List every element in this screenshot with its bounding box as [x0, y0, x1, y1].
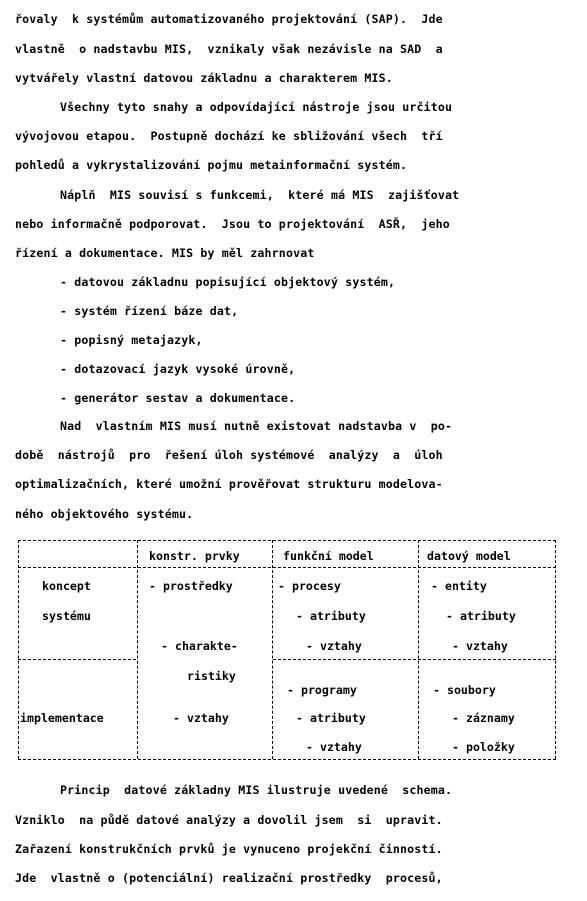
- text-line: Nad vlastním MIS musí nutně existovat na…: [60, 419, 452, 433]
- table-col-divider: [418, 540, 419, 759]
- text-line: Vzniklo na půdě datové analýzy a dovolil…: [15, 813, 443, 827]
- table-cell: - položky: [452, 740, 515, 754]
- table-border-left: [18, 540, 19, 759]
- text-line: vytvářely vlastní datovou základnu a cha…: [15, 71, 393, 85]
- table-cell: - vztahy: [306, 639, 362, 653]
- text-line: Princip datové základny MIS ilustruje uv…: [60, 783, 452, 797]
- table-border-bottom: [18, 759, 556, 760]
- text-line: vlastně o nadstavbu MIS, vznikaly však n…: [15, 42, 443, 56]
- table-border-right: [555, 540, 556, 759]
- table-cell: - prostředky: [149, 579, 233, 593]
- text-line: pohledů a vykrystalizování pojmu metainf…: [15, 158, 407, 172]
- table-cell: ristiky: [187, 669, 236, 683]
- table-cell: - atributy: [446, 609, 516, 623]
- document-page: řovaly k systémům automatizovaného proje…: [0, 0, 587, 901]
- list-item: - datovou základnu popisující objektový …: [60, 275, 395, 289]
- table-cell: - soubory: [433, 683, 496, 697]
- table-row-label: systému: [42, 609, 91, 623]
- table-header: konstr. prvky: [149, 549, 240, 563]
- table-col-divider: [272, 540, 273, 759]
- text-line: vývojovou etapou. Postupně dochází ke sb…: [15, 129, 443, 143]
- table-cell: - vztahy: [306, 740, 362, 754]
- table-header: datový model: [427, 549, 511, 563]
- table-header: funkční model: [283, 549, 374, 563]
- list-item: - generátor sestav a dokumentace.: [60, 391, 295, 405]
- table-row-label: implementace: [20, 711, 104, 725]
- table-cell: - entity: [431, 579, 487, 593]
- text-line: Zařazení konstrukčních prvků je vynuceno…: [15, 842, 443, 856]
- list-item: - systém řízení báze dat,: [60, 304, 238, 318]
- text-line: ného objektového systému.: [15, 507, 193, 521]
- table-cell: - procesy: [278, 579, 341, 593]
- table-cell: - vztahy: [452, 639, 508, 653]
- text-line: Všechny tyto snahy a odpovídající nástro…: [60, 100, 452, 114]
- table-row-divider: [273, 659, 556, 660]
- table-cell: - vztahy: [173, 711, 229, 725]
- table-cell: - záznamy: [452, 711, 515, 725]
- table-row-label: koncept: [42, 579, 91, 593]
- text-line: Jde vlastně o (potenciální) realizační p…: [15, 871, 443, 885]
- list-item: - dotazovací jazyk vysoké úrovně,: [60, 362, 295, 376]
- table-border-top: [18, 540, 556, 541]
- text-line: době nástrojů pro řešení úloh systémové …: [15, 448, 443, 462]
- table-row-divider: [18, 659, 136, 660]
- text-line: řovaly k systémům automatizovaného proje…: [15, 12, 443, 26]
- text-line: optimalizačních, které umožní prověřovat…: [15, 477, 443, 491]
- schema-table: konstr. prvky funkční model datový model…: [15, 532, 558, 764]
- table-cell: - atributy: [296, 609, 366, 623]
- text-line: nebo informačně podporovat. Jsou to proj…: [15, 217, 450, 231]
- table-cell: - atributy: [296, 711, 366, 725]
- table-header-divider: [18, 567, 556, 568]
- text-line: řízení a dokumentace. MIS by měl zahrnov…: [15, 246, 314, 260]
- table-cell: - programy: [287, 683, 357, 697]
- table-cell: - charakte-: [161, 639, 238, 653]
- text-line: Náplň MIS souvisí s funkcemi, které má M…: [60, 188, 459, 202]
- list-item: - popisný metajazyk,: [60, 333, 203, 347]
- table-col-divider: [137, 540, 138, 759]
